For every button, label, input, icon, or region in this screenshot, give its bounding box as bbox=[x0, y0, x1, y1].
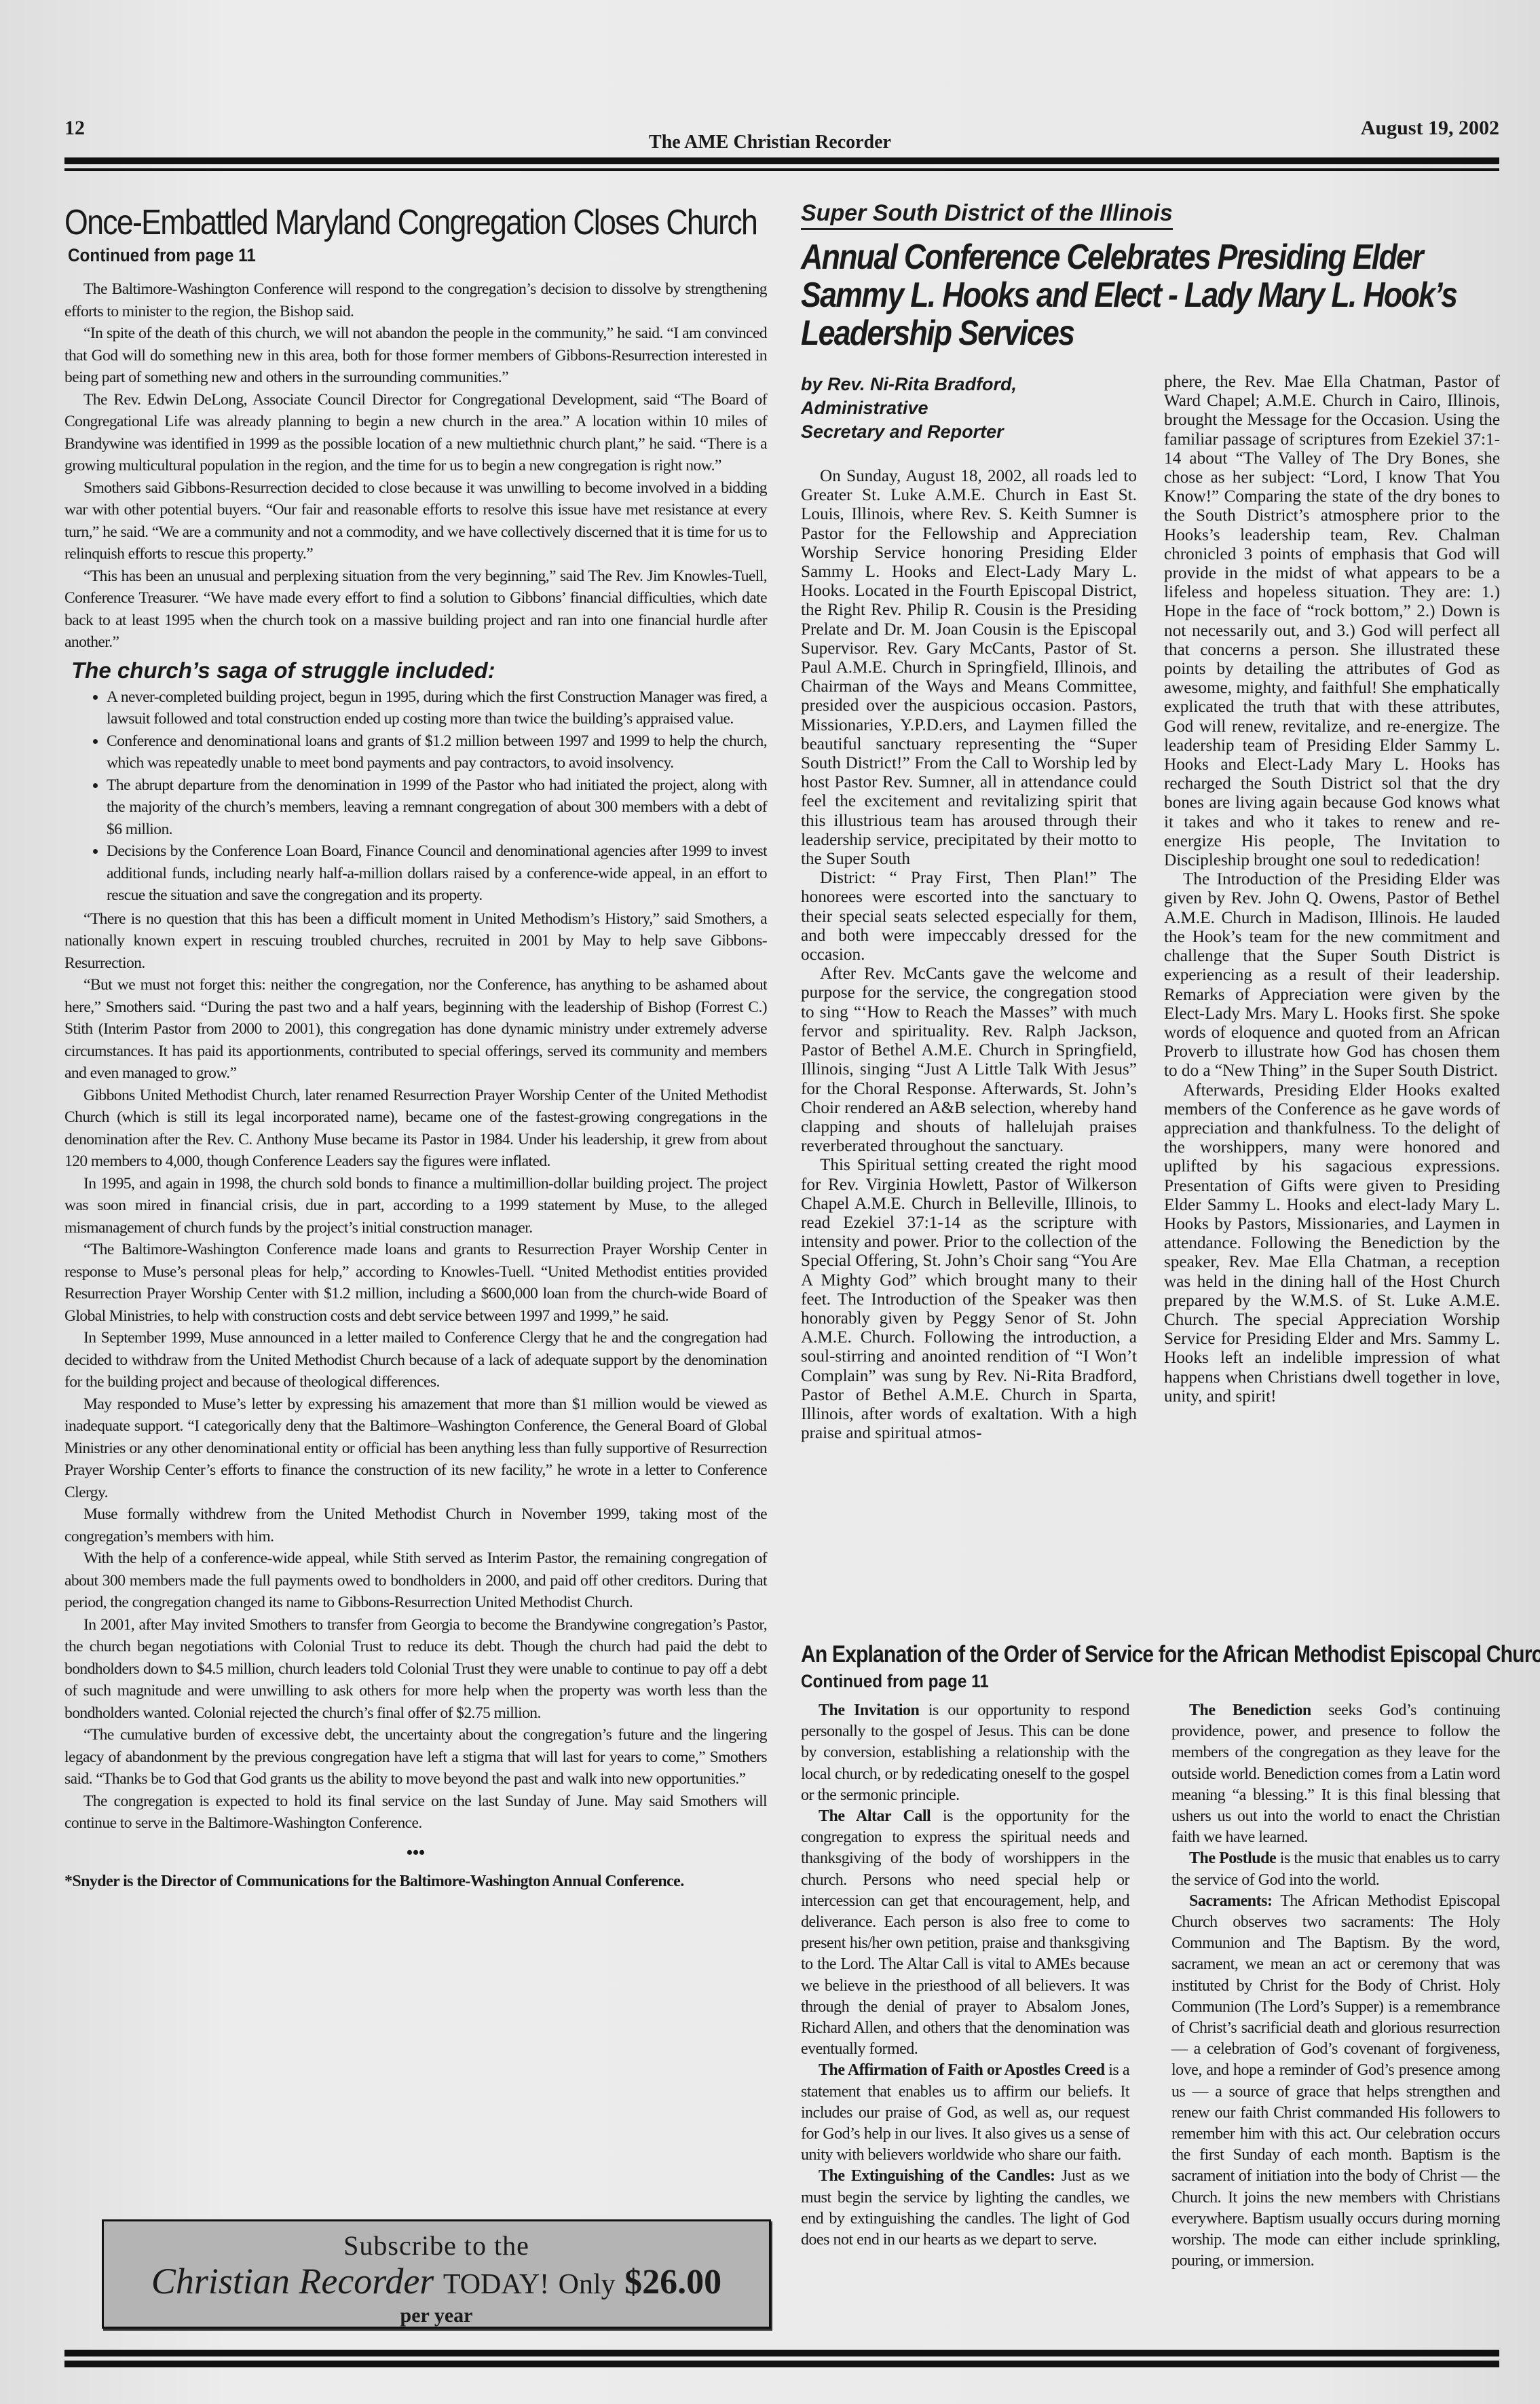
header-rule-thin bbox=[64, 168, 1499, 171]
column-2: phere, the Rev. Mae Ella Chatman, Pastor… bbox=[1164, 373, 1500, 1443]
paragraph: This Spiritual setting created the right… bbox=[801, 1156, 1137, 1443]
footer-rule-thin bbox=[64, 2350, 1499, 2356]
subheading: The church’s saga of struggle included: bbox=[71, 658, 767, 683]
paragraph: Muse formally withdrew from the United M… bbox=[64, 1503, 767, 1547]
paragraph: Gibbons United Methodist Church, later r… bbox=[64, 1085, 767, 1173]
article-headline: Annual Conference Celebrates Presiding E… bbox=[801, 238, 1495, 352]
paragraph: The Altar Call is the opportunity for th… bbox=[801, 1806, 1129, 2060]
paragraph: After Rev. McCants gave the welcome and … bbox=[801, 964, 1137, 1156]
paragraph: phere, the Rev. Mae Ella Chatman, Pastor… bbox=[1164, 373, 1500, 870]
paragraph: The Introduction of the Presiding Elder … bbox=[1164, 870, 1500, 1081]
term: The Extinguishing of the Candles: bbox=[819, 2167, 1055, 2185]
ad-line-2: Christian Recorder TODAY! Only $26.00 bbox=[104, 2261, 769, 2304]
paragraph: The Benediction seeks God’s continuing p… bbox=[1171, 1700, 1500, 1848]
article-church-closes: Once-Embattled Maryland Congregation Clo… bbox=[64, 204, 767, 1891]
paragraph: The Affirmation of Faith or Apostles Cre… bbox=[801, 2060, 1129, 2166]
subscribe-advertisement: Subscribe to the Christian Recorder TODA… bbox=[102, 2219, 771, 2329]
paragraph: In September 1999, Muse announced in a l… bbox=[64, 1327, 767, 1393]
article-headline: Once-Embattled Maryland Congregation Clo… bbox=[64, 204, 669, 242]
list-item: A never-completed building project, begu… bbox=[107, 686, 767, 730]
ad-only: Only bbox=[559, 2269, 616, 2300]
paragraph: “This has been an unusual and perplexing… bbox=[64, 565, 767, 654]
byline-line: by Rev. Ni-Rita Bradford, bbox=[801, 373, 1137, 396]
ad-publication-name: Christian Recorder bbox=[151, 2261, 434, 2302]
ad-line-1: Subscribe to the bbox=[104, 2230, 769, 2261]
column-1: The Invitation is our opportunity to res… bbox=[801, 1700, 1129, 2272]
article-annual-conference: Super South District of the Illinois Ann… bbox=[801, 200, 1500, 1443]
paragraph: “There is no question that this has been… bbox=[64, 908, 767, 975]
paragraph: The congregation is expected to hold its… bbox=[64, 1790, 767, 1835]
struggle-list: A never-completed building project, begu… bbox=[64, 686, 767, 907]
section-kicker: Super South District of the Illinois bbox=[801, 200, 1173, 230]
definition: is the opportunity for the congregation … bbox=[801, 1807, 1129, 2058]
paragraph: The Baltimore-Washington Conference will… bbox=[64, 278, 767, 322]
term: The Benediction bbox=[1189, 1702, 1311, 1719]
term: The Postlude bbox=[1189, 1849, 1276, 1867]
term: Sacraments: bbox=[1189, 1892, 1272, 1910]
term: The Affirmation of Faith or Apostles Cre… bbox=[819, 2061, 1105, 2079]
list-item: Decisions by the Conference Loan Board, … bbox=[107, 840, 767, 907]
author-note: *Snyder is the Director of Communication… bbox=[64, 1873, 767, 1891]
header-rule-thick bbox=[64, 157, 1499, 164]
article-body: The Baltimore-Washington Conference will… bbox=[64, 278, 767, 1891]
column-1: by Rev. Ni-Rita Bradford, Administrative… bbox=[801, 373, 1137, 1443]
term: The Altar Call bbox=[819, 1807, 931, 1825]
byline-line: Secretary and Reporter bbox=[801, 420, 1137, 444]
article-order-of-service: An Explanation of the Order of Service f… bbox=[801, 1641, 1500, 2272]
paragraph: Smothers said Gibbons-Resurrection decid… bbox=[64, 477, 767, 565]
continued-label: Continued from page 11 bbox=[68, 245, 697, 266]
section-separator: ••• bbox=[64, 1843, 767, 1863]
publication-title: The AME Christian Recorder bbox=[0, 132, 1540, 153]
ad-price: $26.00 bbox=[624, 2263, 721, 2302]
paragraph: “The Baltimore-Washington Conference mad… bbox=[64, 1239, 767, 1327]
paragraph: Afterwards, Presiding Elder Hooks exalte… bbox=[1164, 1081, 1500, 1406]
paragraph: The Extinguishing of the Candles: Just a… bbox=[801, 2166, 1129, 2251]
byline: by Rev. Ni-Rita Bradford, Administrative… bbox=[801, 373, 1137, 444]
paragraph: May responded to Muse’s letter by expres… bbox=[64, 1393, 767, 1504]
definition: The African Methodist Episcopal Church o… bbox=[1171, 1892, 1500, 2270]
term: The Invitation bbox=[819, 1702, 919, 1719]
article-headline: An Explanation of the Order of Service f… bbox=[801, 1641, 1402, 1668]
continued-label: Continued from page 11 bbox=[801, 1671, 1430, 1692]
paragraph: District: “ Pray First, Then Plan!” The … bbox=[801, 869, 1137, 964]
list-item: The abrupt departure from the denominati… bbox=[107, 774, 767, 841]
article-columns: The Invitation is our opportunity to res… bbox=[801, 1700, 1500, 2272]
definition: seeks God’s continuing providence, power… bbox=[1171, 1702, 1500, 1846]
ad-today: TODAY! bbox=[443, 2269, 549, 2300]
paragraph: Sacraments: The African Methodist Episco… bbox=[1171, 1891, 1500, 2272]
list-item: Conference and denominational loans and … bbox=[107, 730, 767, 774]
issue-date: August 19, 2002 bbox=[1361, 117, 1499, 140]
paragraph: The Invitation is our opportunity to res… bbox=[801, 1700, 1129, 1806]
paragraph: In 2001, after May invited Smothers to t… bbox=[64, 1614, 767, 1725]
column-2: The Benediction seeks God’s continuing p… bbox=[1171, 1700, 1500, 2272]
byline-line: Administrative bbox=[801, 396, 1137, 420]
paragraph: “But we must not forget this: neither th… bbox=[64, 974, 767, 1085]
paragraph: “In spite of the death of this church, w… bbox=[64, 322, 767, 389]
paragraph: The Rev. Edwin DeLong, Associate Council… bbox=[64, 389, 767, 477]
newspaper-page: 12 The AME Christian Recorder August 19,… bbox=[0, 0, 1540, 2404]
footer-rule-thick bbox=[64, 2361, 1499, 2367]
article-columns: by Rev. Ni-Rita Bradford, Administrative… bbox=[801, 373, 1500, 1443]
paragraph: “The cumulative burden of excessive debt… bbox=[64, 1724, 767, 1790]
paragraph: The Postlude is the music that enables u… bbox=[1171, 1848, 1500, 1890]
paragraph: On Sunday, August 18, 2002, all roads le… bbox=[801, 467, 1137, 869]
ad-per-year: per year bbox=[104, 2304, 769, 2327]
paragraph: In 1995, and again in 1998, the church s… bbox=[64, 1173, 767, 1239]
paragraph: With the help of a conference-wide appea… bbox=[64, 1547, 767, 1614]
